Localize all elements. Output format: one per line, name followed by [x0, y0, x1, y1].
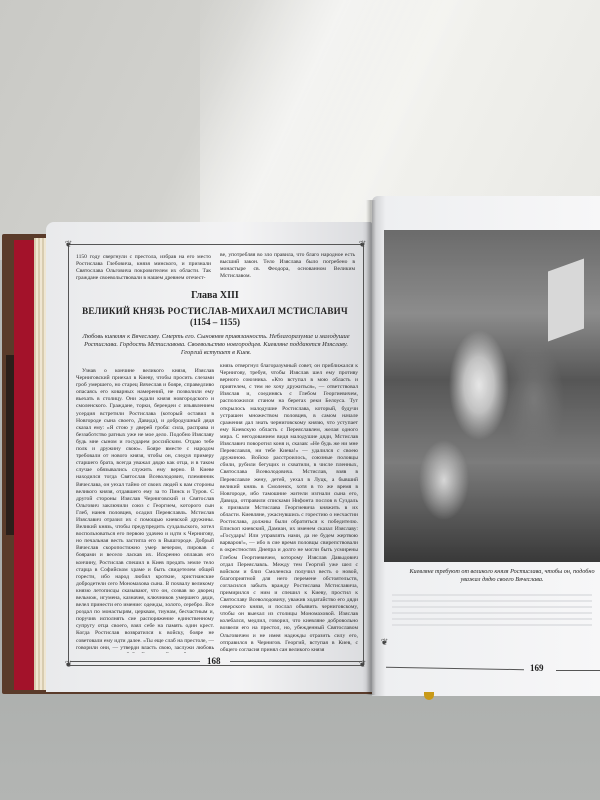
- chapter-title: ВЕЛИКИЙ КНЯЗЬ РОСТИСЛАВ-МИХАИЛ МСТИСЛАВИ…: [70, 306, 360, 316]
- footer-rule-right: [556, 670, 600, 671]
- page-number-right: 169: [530, 663, 544, 673]
- chapter-years: (1154 – 1155): [70, 317, 360, 327]
- body-column-1: Узнав о кончине великого князя, Изяслав …: [76, 368, 214, 653]
- corner-ornament-icon: ❦: [64, 240, 73, 249]
- chapter-summary: Любовь киевлян к Вячеславу. Смерть его. …: [80, 333, 352, 357]
- continued-text-col2: ве, употребляя во зло правила, что благо…: [220, 252, 355, 282]
- page-number-left: 168: [207, 656, 221, 666]
- corner-ornament-icon: ❦: [380, 638, 389, 647]
- footer-rule-right: [230, 661, 362, 662]
- faint-text-lines: [392, 594, 592, 630]
- body-column-2: князь отвергнул благоразумный совет, он …: [220, 363, 358, 653]
- continued-text-col1: 1150 году свергнули с престола, избрав н…: [76, 254, 211, 284]
- illustration-caption: Киевляне требуют от великого князя Рости…: [404, 568, 600, 584]
- banner-in-illustration: [548, 258, 584, 341]
- corner-ornament-icon: ❦: [358, 240, 367, 249]
- chapter-heading: Глава XIII ВЕЛИКИЙ КНЯЗЬ РОСТИСЛАВ-МИХАИ…: [70, 290, 360, 327]
- book-gutter: [366, 200, 376, 695]
- chapter-number: Глава XIII: [70, 290, 360, 301]
- footer-rule-left: [70, 661, 200, 662]
